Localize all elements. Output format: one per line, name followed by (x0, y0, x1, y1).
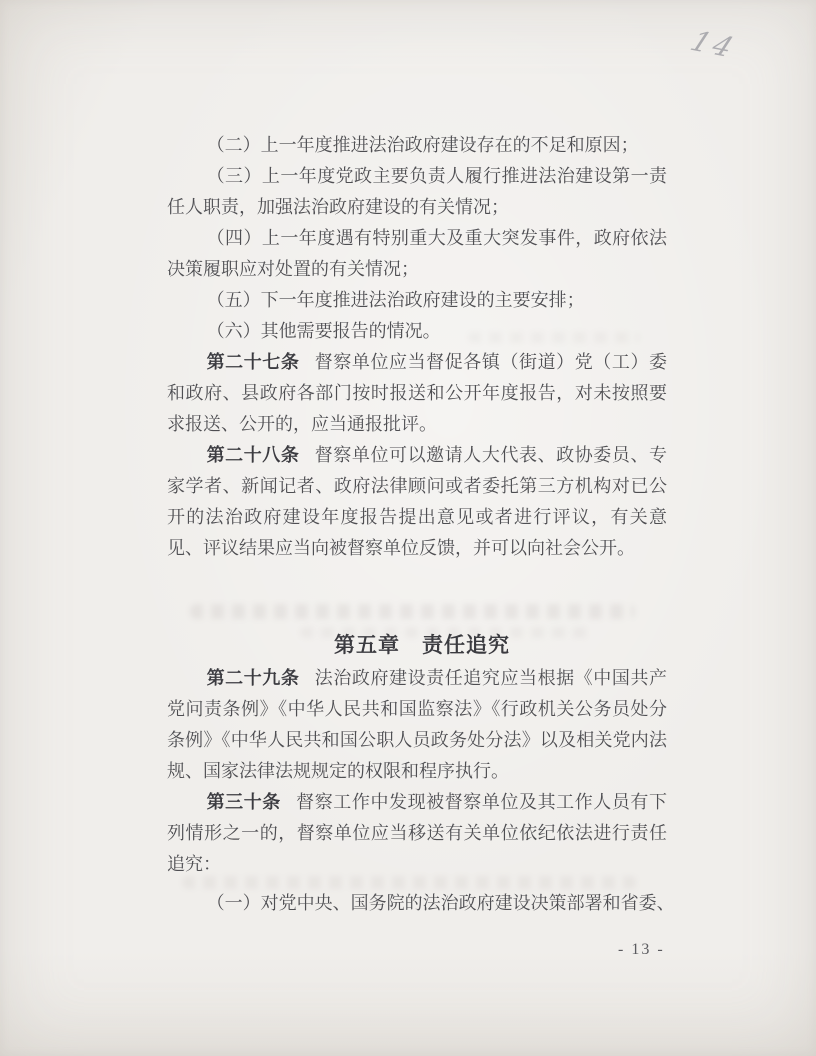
article-28-paragraph: 第二十八条督察单位可以邀请人大代表、政协委员、专家学者、新闻记者、政府法律顾问或… (167, 440, 667, 564)
list-item-5: （五）下一年度推进法治政府建设的主要安排； (167, 285, 667, 316)
page-number: - 13 - (618, 937, 665, 963)
list-item-4: （四）上一年度遇有特别重大及重大突发事件，政府依法决策履职应对处置的有关情况； (167, 223, 667, 285)
handwritten-page-mark: 14 (686, 25, 742, 64)
article-28-number: 第二十八条 (207, 445, 300, 465)
article-29-paragraph: 第二十九条法治政府建设责任追究应当根据《中国共产党问责条例》《中华人民共和国监察… (167, 663, 667, 787)
list-item-3: （三）上一年度党政主要负责人履行推进法治建设第一责任人职责，加强法治政府建设的有… (167, 161, 667, 223)
sub-item-1: （一）对党中央、国务院的法治政府建设决策部署和省委、 (167, 888, 667, 919)
article-29-number: 第二十九条 (207, 668, 300, 688)
document-body: （二）上一年度推进法治政府建设存在的不足和原因； （三）上一年度党政主要负责人履… (167, 130, 667, 919)
article-27-paragraph: 第二十七条督察单位应当督促各镇（街道）党（工）委和政府、县政府各部门按时报送和公… (167, 347, 667, 440)
article-30-number: 第三十条 (207, 792, 281, 812)
list-item-6: （六）其他需要报告的情况。 (167, 316, 667, 347)
chapter-heading: 第五章 责任追究 (177, 630, 667, 661)
article-30-paragraph: 第三十条督察工作中发现被督察单位及其工作人员有下列情形之一的，督察单位应当移送有… (167, 787, 667, 880)
scanned-document-page: 14 （二）上一年度推进法治政府建设存在的不足和原因； （三）上一年度党政主要负… (0, 0, 816, 1056)
list-item-2: （二）上一年度推进法治政府建设存在的不足和原因； (167, 130, 667, 161)
article-27-number: 第二十七条 (207, 352, 300, 372)
